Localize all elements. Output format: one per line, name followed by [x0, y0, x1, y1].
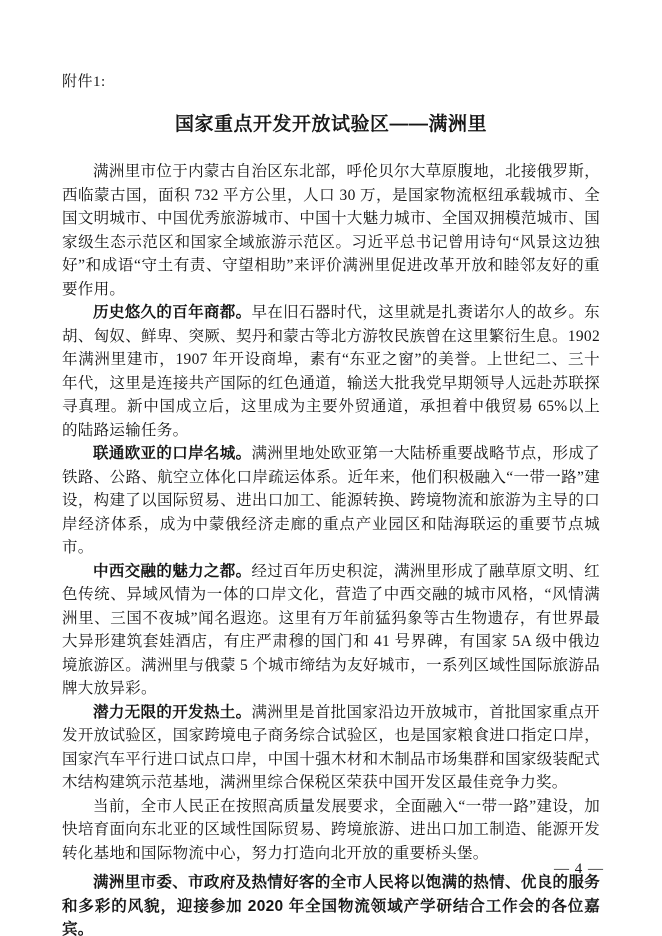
paragraph-development: 潜力无限的开发热土。满洲里是首批国家沿边开放城市，首批国家重点开发开放试验区，国…: [62, 701, 600, 795]
paragraph-text: 满洲里市委、市政府及热情好客的全市人民将以饱满的热情、优良的服务和多彩的风貌，迎…: [62, 874, 600, 936]
paragraph-lead: 潜力无限的开发热土。: [93, 704, 251, 721]
paragraph-lead: 中西交融的魅力之都。: [93, 563, 251, 580]
paragraph-lead: 历史悠久的百年商都。: [93, 304, 251, 321]
paragraph-port-city: 联通欧亚的口岸名城。满洲里地处欧亚第一大陆桥重要战略节点，形成了铁路、公路、航空…: [62, 442, 600, 560]
paragraph-text: 早在旧石器时代，这里就是扎赉诺尔人的故乡。东胡、匈奴、鲜卑、突厥、契丹和蒙古等北…: [62, 304, 600, 439]
paragraph-lead: 联通欧亚的口岸名城。: [93, 445, 251, 462]
document-page: 附件1: 国家重点开发开放试验区——满洲里 满洲里市位于内蒙古自治区东北部，呼伦…: [0, 0, 662, 936]
paragraph-current: 当前，全市人民正在按照高质量发展要求，全面融入“一带一路”建设，加快培育面向东北…: [62, 795, 600, 866]
paragraph-text: 满洲里市位于内蒙古自治区东北部，呼伦贝尔大草原腹地，北接俄罗斯，西临蒙古国，面积…: [62, 163, 600, 298]
paragraph-charm-city: 中西交融的魅力之都。经过百年历史积淀，满洲里形成了融草原文明、红色传统、异域风情…: [62, 560, 600, 701]
paragraph-text: 当前，全市人民正在按照高质量发展要求，全面融入“一带一路”建设，加快培育面向东北…: [62, 798, 600, 862]
page-number: — 4 —: [554, 861, 604, 878]
paragraph-text: 经过百年历史积淀，满洲里形成了融草原文明、红色传统、异域风情为一体的口岸文化，营…: [62, 563, 600, 698]
page-title: 国家重点开发开放试验区——满洲里: [62, 112, 600, 138]
paragraph-closing: 满洲里市委、市政府及热情好客的全市人民将以饱满的热情、优良的服务和多彩的风貌，迎…: [62, 871, 600, 936]
paragraph-intro: 满洲里市位于内蒙古自治区东北部，呼伦贝尔大草原腹地，北接俄罗斯，西临蒙古国，面积…: [62, 160, 600, 301]
paragraph-history: 历史悠久的百年商都。早在旧石器时代，这里就是扎赉诺尔人的故乡。东胡、匈奴、鲜卑、…: [62, 301, 600, 442]
attachment-label: 附件1:: [62, 72, 600, 92]
